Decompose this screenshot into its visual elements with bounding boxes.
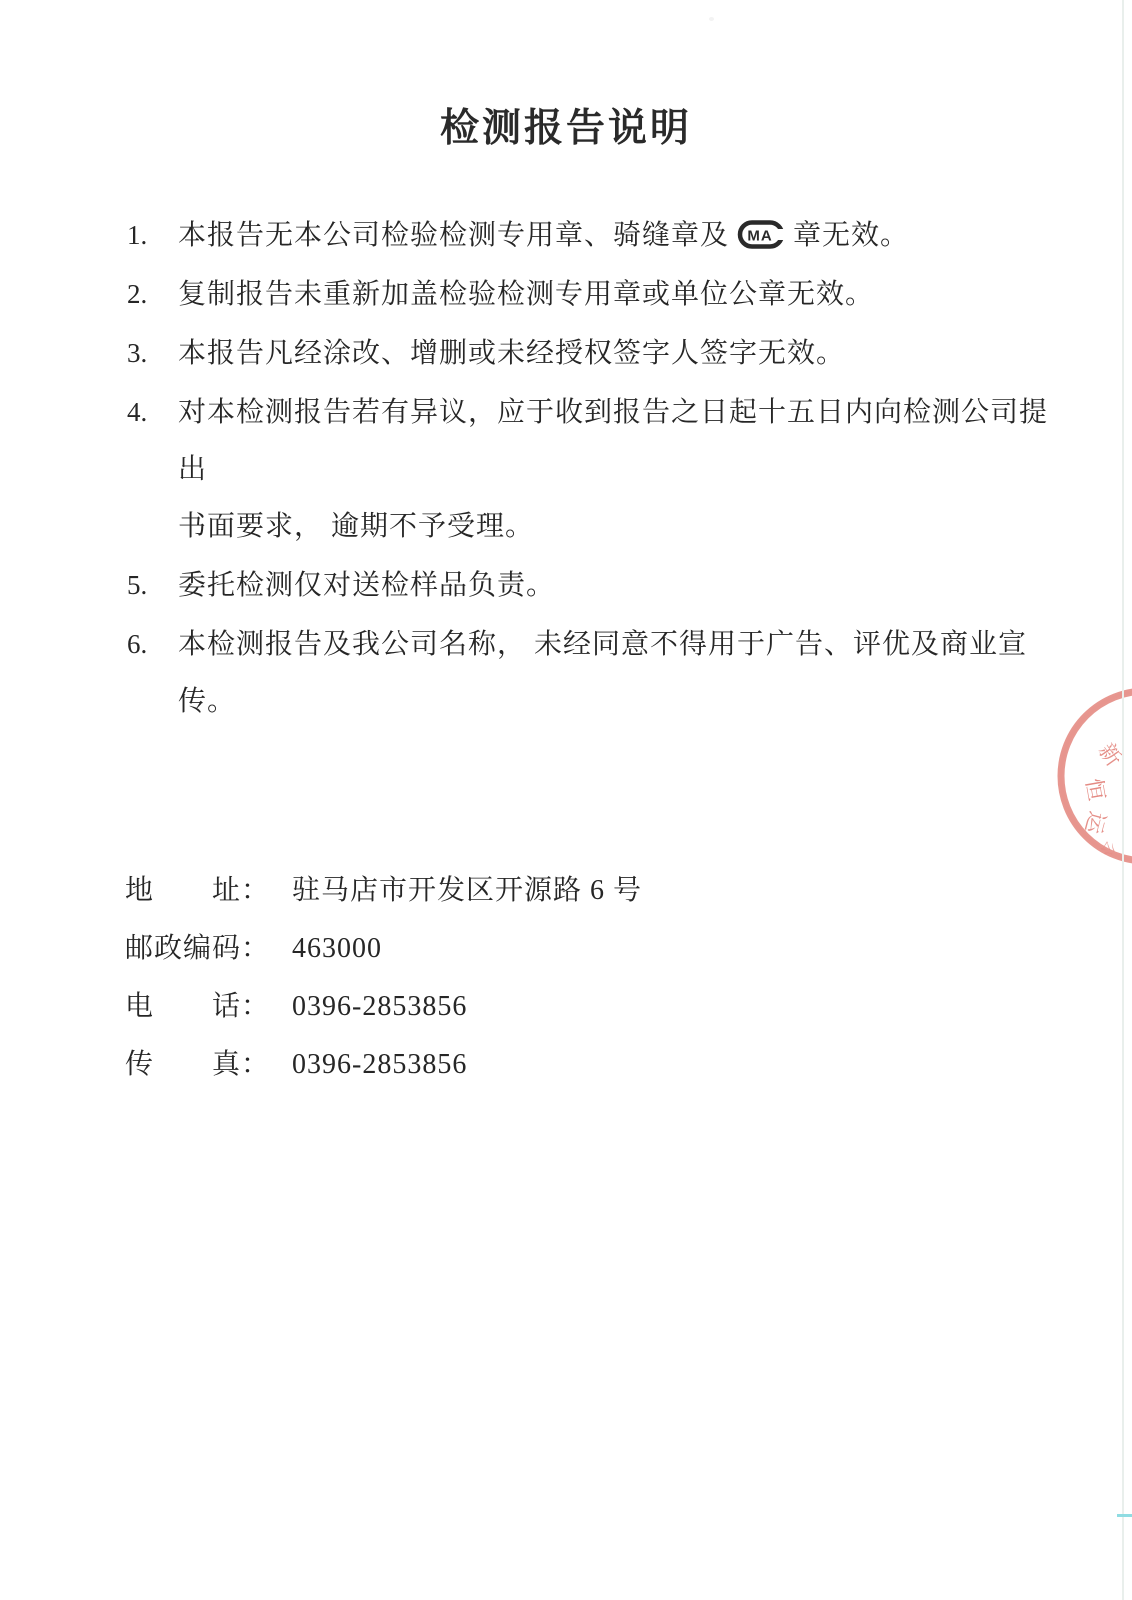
contact-row-phone: 电 话： 0396-2853856 [125, 978, 642, 1035]
list-item-number: 1. [127, 207, 178, 264]
scan-artifact-tick [1117, 1514, 1132, 1517]
company-seal-stamp: 新 恒 运 公 [1054, 688, 1132, 868]
list-item-text: 委托检测仅对送检样品负责。 [178, 557, 555, 614]
contact-label: 电 话： [125, 978, 270, 1035]
seal-glyph: 恒 [1081, 777, 1109, 803]
scan-artifact-line [1122, 0, 1124, 1600]
notes-list: 1. 本报告无本公司检验检测专用章、骑缝章及MA章无效。 2. 复制报告未重新加… [127, 207, 1067, 732]
contact-value: 0396-2853856 [292, 978, 467, 1035]
cma-mark-text: MA [747, 228, 772, 245]
list-item-number: 4. [127, 384, 178, 555]
list-item-number: 6. [127, 616, 178, 730]
cma-mark-icon: MA [737, 219, 785, 250]
list-item: 3. 本报告凡经涂改、增删或未经授权签字人签字无效。 [127, 325, 1067, 382]
contact-label: 传 真： [125, 1036, 270, 1093]
list-item-text-before-logo: 本报告无本公司检验检测专用章、骑缝章及 [178, 220, 729, 251]
contact-row-postcode: 邮政编码： 463000 [125, 920, 642, 977]
list-item-text: 复制报告未重新加盖检验检测专用章或单位公章无效。 [178, 266, 874, 323]
page-title: 检测报告说明 [0, 105, 1132, 152]
scan-artifact-dot [709, 17, 714, 21]
list-item: 5. 委托检测仅对送检样品负责。 [127, 557, 1067, 614]
list-item: 4. 对本检测报告若有异议，应于收到报告之日起十五日内向检测公司提出 书面要求，… [127, 384, 1067, 555]
contact-value: 463000 [292, 920, 382, 977]
contact-label: 邮政编码： [125, 920, 270, 977]
list-item-text-after-logo: 章无效。 [793, 220, 909, 251]
list-item-number: 5. [127, 557, 178, 614]
list-item-text: 本报告凡经涂改、增删或未经授权签字人签字无效。 [178, 325, 845, 382]
list-item: 1. 本报告无本公司检验检测专用章、骑缝章及MA章无效。 [127, 207, 1067, 264]
contact-label: 地 址： [125, 862, 270, 919]
list-item-number: 3. [127, 325, 178, 382]
list-item: 2. 复制报告未重新加盖检验检测专用章或单位公章无效。 [127, 266, 1067, 323]
list-item: 6. 本检测报告及我公司名称， 未经同意不得用于广告、评优及商业宣传。 [127, 616, 1067, 730]
contact-info: 地 址： 驻马店市开发区开源路 6 号 邮政编码： 463000 电 话： 03… [125, 862, 642, 1094]
contact-value: 驻马店市开发区开源路 6 号 [292, 862, 642, 919]
list-item-text: 本检测报告及我公司名称， 未经同意不得用于广告、评优及商业宣传。 [178, 616, 1067, 730]
contact-row-fax: 传 真： 0396-2853856 [125, 1036, 642, 1093]
list-item-text: 对本检测报告若有异议，应于收到报告之日起十五日内向检测公司提出 书面要求， 逾期… [178, 384, 1067, 555]
list-item-number: 2. [127, 266, 178, 323]
contact-value: 0396-2853856 [292, 1036, 467, 1093]
list-item-text: 本报告无本公司检验检测专用章、骑缝章及MA章无效。 [178, 207, 909, 264]
document-page: 检测报告说明 1. 本报告无本公司检验检测专用章、骑缝章及MA章无效。 2. 复… [0, 0, 1132, 1600]
contact-row-address: 地 址： 驻马店市开发区开源路 6 号 [125, 862, 642, 919]
